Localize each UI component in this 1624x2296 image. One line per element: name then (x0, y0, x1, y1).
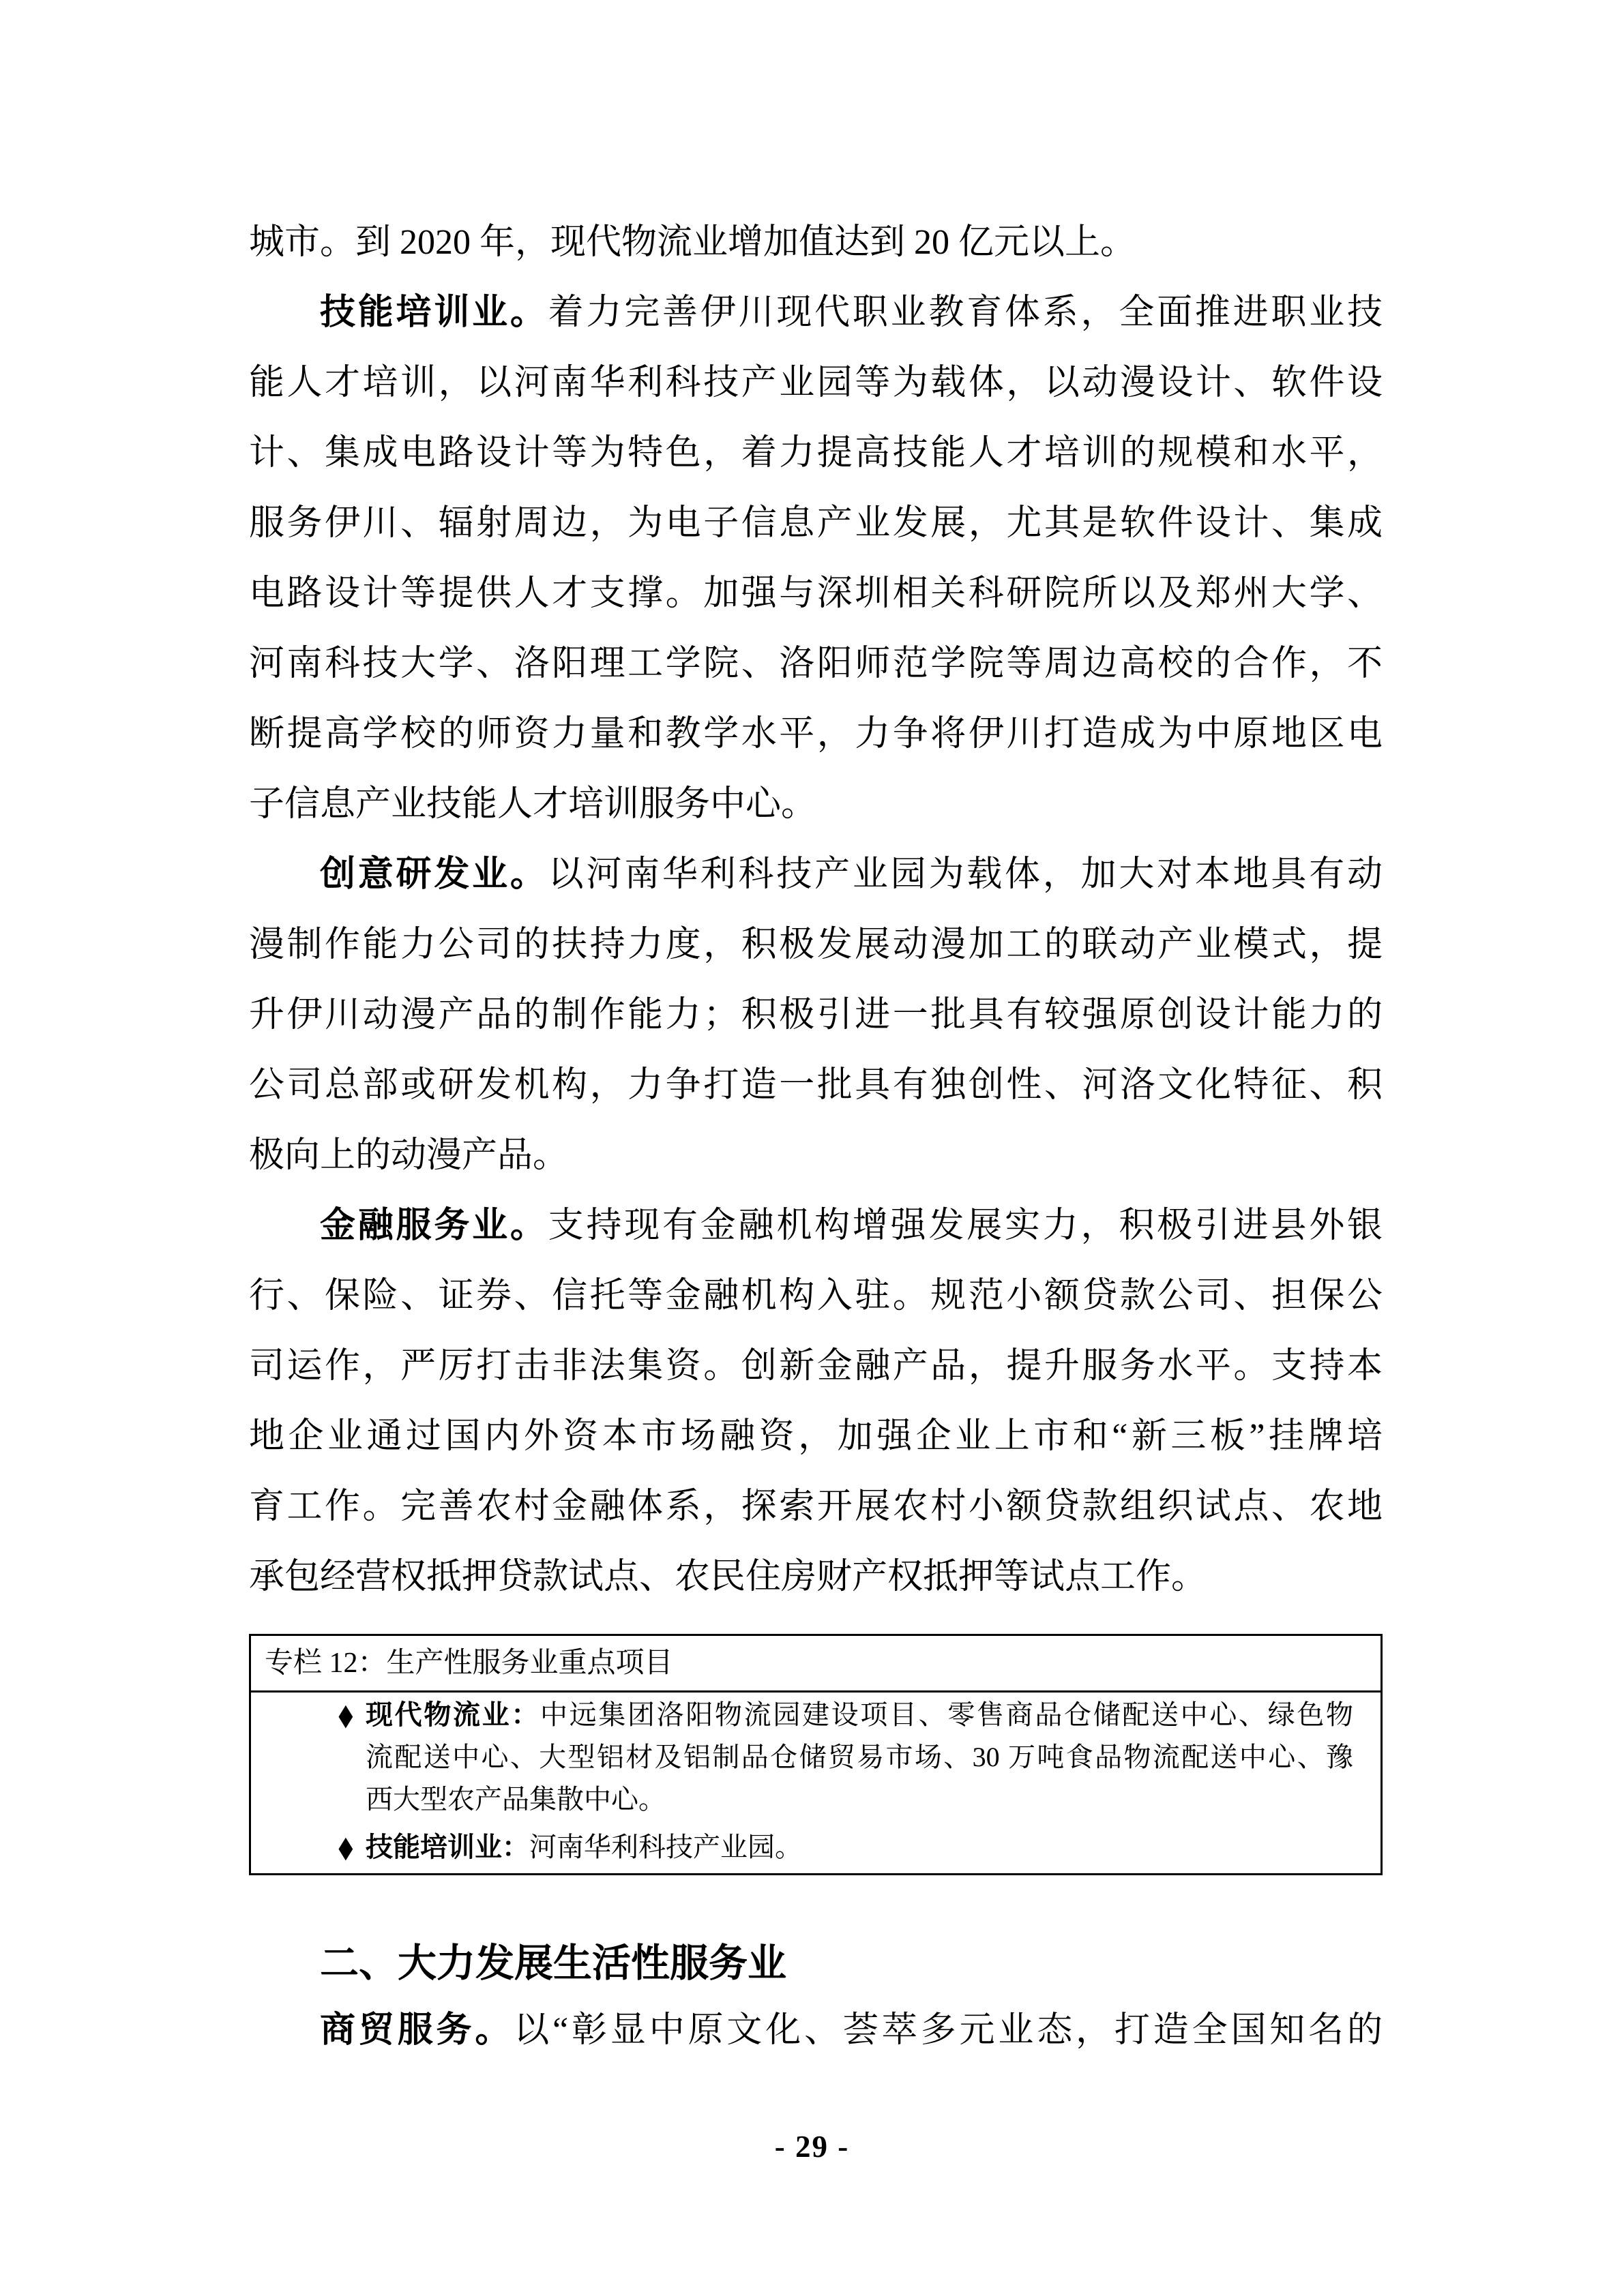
diamond-bullet-icon: ◆ (334, 1694, 366, 1821)
text-line: 地企业通过国内外资本市场融资，加强企业上市和“新三板”挂牌培 (249, 1401, 1383, 1472)
para-creative-rd: 创意研发业。以河南华利科技产业园为载体，加大对本地具有动漫制作能力公司的扶持力度… (249, 839, 1383, 1191)
text-line: 漫制作能力公司的扶持力度，积极发展动漫加工的联动产业模式，提 (249, 910, 1383, 980)
text-line: 电路设计等提供人才支撑。加强与深圳相关科研院所以及郑州大学、 (249, 558, 1383, 629)
paragraph-lead: 创意研发业。 (320, 855, 548, 894)
text-line: 极向上的动漫产品。 (249, 1120, 1383, 1191)
text-line: 育工作。完善农村金融体系，探索开展农村小额贷款组织试点、农地 (249, 1472, 1383, 1542)
section-heading: 二、大力发展生活性服务业 (249, 1939, 1383, 1987)
text-line: 创意研发业。以河南华利科技产业园为载体，加大对本地具有动 (249, 839, 1383, 910)
paragraph-lead: 技能培训业： (366, 1832, 529, 1862)
paragraph-lead: 现代物流业： (366, 1699, 540, 1730)
document-page: 城市。到 2020 年，现代物流业增加值达到 20 亿元以上。技能培训业。着力完… (0, 0, 1624, 2296)
text-line: 技能培训业。着力完善伊川现代职业教育体系，全面推进职业技 (249, 278, 1383, 348)
para-trade-services: 商贸服务。以“彰显中原文化、荟萃多元业态，打造全国知名的 (249, 1995, 1383, 2066)
list-item: ◆技能培训业：河南华利科技产业园。 (334, 1826, 1353, 1869)
text-line: 承包经营权抵押贷款试点、农民住房财产权抵押等试点工作。 (249, 1542, 1383, 1612)
paragraph-lead: 技能培训业。 (320, 293, 548, 332)
panel-column-12: 专栏 12：生产性服务业重点项目 ◆现代物流业：中远集团洛阳物流园建设项目、零售… (249, 1634, 1383, 1875)
bullet-text: 技能培训业：河南华利科技产业园。 (366, 1826, 1353, 1869)
text-line: 商贸服务。以“彰显中原文化、荟萃多元业态，打造全国知名的 (249, 1995, 1383, 2066)
text-line: 河南科技大学、洛阳理工学院、洛阳师范学院等周边高校的合作，不 (249, 629, 1383, 699)
para-skill-training: 技能培训业。着力完善伊川现代职业教育体系，全面推进职业技能人才培训，以河南华利科… (249, 278, 1383, 839)
text-line: 服务伊川、辐射周边，为电子信息产业发展，尤其是软件设计、集成 (249, 488, 1383, 558)
text-line: 金融服务业。支持现有金融机构增强发展实力，积极引进县外银 (249, 1191, 1383, 1261)
para-trade-services: 商贸服务。以“彰显中原文化、荟萃多元业态，打造全国知名的 (249, 1995, 1383, 2066)
para-financial-services: 金融服务业。支持现有金融机构增强发展实力，积极引进县外银行、保险、证券、信托等金… (249, 1191, 1383, 1612)
bullet-text: 现代物流业：中远集团洛阳物流园建设项目、零售商品仓储配送中心、绿色物流配送中心、… (366, 1694, 1353, 1821)
paragraph-lead: 商贸服务。 (320, 2011, 514, 2050)
text-line: 行、保险、证券、信托等金融机构入驻。规范小额贷款公司、担保公 (249, 1261, 1383, 1331)
body-paragraphs: 城市。到 2020 年，现代物流业增加值达到 20 亿元以上。技能培训业。着力完… (249, 207, 1383, 1612)
text-line: 计、集成电路设计等为特色，着力提高技能人才培训的规模和水平， (249, 418, 1383, 488)
text-line: 西大型农产品集散中心。 (366, 1778, 1353, 1821)
text-line: 流配送中心、大型铝材及铝制品仓储贸易市场、30 万吨食品物流配送中心、豫 (366, 1736, 1353, 1778)
panel-title: 专栏 12：生产性服务业重点项目 (251, 1636, 1381, 1693)
text-line: 子信息产业技能人才培训服务中心。 (249, 769, 1383, 839)
text-line: 能人才培训，以河南华利科技产业园等为载体，以动漫设计、软件设 (249, 348, 1383, 418)
text-line: 现代物流业：中远集团洛阳物流园建设项目、零售商品仓储配送中心、绿色物 (366, 1694, 1353, 1736)
text-line: 断提高学校的师资力量和教学水平，力争将伊川打造成为中原地区电 (249, 699, 1383, 769)
page-body-text: 城市。到 2020 年，现代物流业增加值达到 20 亿元以上。技能培训业。着力完… (249, 207, 1383, 2066)
text-line: 城市。到 2020 年，现代物流业增加值达到 20 亿元以上。 (249, 207, 1383, 278)
text-line: 升伊川动漫产品的制作能力；积极引进一批具有较强原创设计能力的 (249, 980, 1383, 1050)
diamond-bullet-icon: ◆ (334, 1826, 366, 1869)
paragraph-lead: 金融服务业。 (320, 1206, 548, 1245)
page-number: - 29 - (0, 2129, 1624, 2164)
text-line: 司运作，严厉打击非法集资。创新金融产品，提升服务水平。支持本 (249, 1331, 1383, 1401)
para-logistics-continuation: 城市。到 2020 年，现代物流业增加值达到 20 亿元以上。 (249, 207, 1383, 278)
list-item: ◆现代物流业：中远集团洛阳物流园建设项目、零售商品仓储配送中心、绿色物流配送中心… (334, 1694, 1353, 1821)
text-line: 技能培训业：河南华利科技产业园。 (366, 1826, 1353, 1868)
panel-bullet-list: ◆现代物流业：中远集团洛阳物流园建设项目、零售商品仓储配送中心、绿色物流配送中心… (251, 1693, 1381, 1873)
text-line: 公司总部或研发机构，力争打造一批具有独创性、河洛文化特征、积 (249, 1050, 1383, 1120)
